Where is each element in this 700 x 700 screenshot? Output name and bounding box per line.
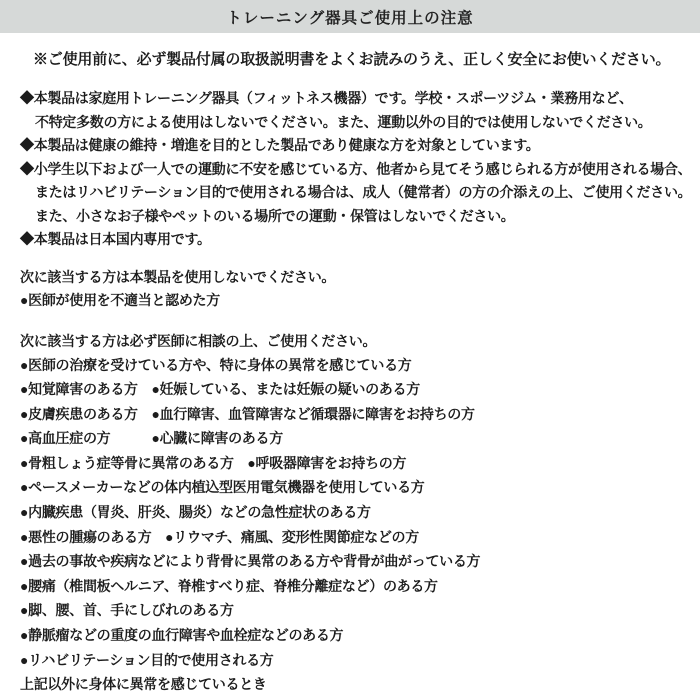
condition-item: ●ペースメーカーなどの体内植込型医用電気機器を使用している方 (20, 475, 692, 500)
condition-item: ●医師が使用を不適当と認めた方 (20, 289, 692, 313)
condition-item: ●高血圧症の方 ●心臓に障害のある方 (20, 426, 692, 451)
precaution-line: ◆本製品は健康の維持・増進を目的とした製品であり健康な方を対象としています。 (20, 134, 692, 158)
precaution-line: また、小さなお子様やペットのいる場所での運動・保管はしないでください。 (20, 205, 692, 229)
condition-item: ●リハビリテーション目的で使用される方 (20, 648, 692, 673)
consult-doctor-section: 次に該当する方は必ず医師に相談の上、ご使用ください。 ●医師の治療を受けている方… (20, 329, 692, 697)
do-not-use-heading: 次に該当する方は本製品を使用しないでください。 (20, 266, 692, 290)
precaution-line: ◆本製品は家庭用トレーニング器具（フィットネス機器）です。学校・スポーツジム・業… (20, 87, 692, 111)
condition-item: ●骨粗しょう症等骨に異常のある方 ●呼吸器障害をお持ちの方 (20, 451, 692, 476)
precaution-line: またはリハビリテーション目的で使用される場合は、成人（健常者）の方の介添えの上、… (20, 181, 692, 205)
caution-content: ※ご使用前に、必ず製品付属の取扱説明書をよくお読みのうえ、正しく安全にお使いくだ… (0, 49, 700, 697)
condition-item: ●内臓疾患（胃炎、肝炎、腸炎）などの急性症状のある方 (20, 500, 692, 525)
condition-item: ●静脈瘤などの重度の血行障害や血栓症などのある方 (20, 623, 692, 648)
precaution-line: 不特定多数の方による使用はしないでください。また、運動以外の目的では使用しないで… (20, 111, 692, 135)
other-abnormality-note: 上記以外に身体に異常を感じているとき (20, 672, 692, 697)
precaution-line: ◆本製品は日本国内専用です。 (20, 228, 692, 252)
condition-item: ●過去の事故や疾病などにより背骨に異常のある方や背骨が曲がっている方 (20, 549, 692, 574)
page-title: トレーニング器具ご使用上の注意 (226, 6, 473, 28)
condition-item: ●医師の治療を受けている方や、特に身体の異常を感じている方 (20, 353, 692, 378)
usage-notice: ※ご使用前に、必ず製品付属の取扱説明書をよくお読みのうえ、正しく安全にお使いくだ… (33, 49, 692, 71)
consult-doctor-heading: 次に該当する方は必ず医師に相談の上、ご使用ください。 (20, 329, 692, 353)
caution-sheet: トレーニング器具ご使用上の注意 ※ご使用前に、必ず製品付属の取扱説明書をよくお読… (0, 0, 700, 700)
precaution-line: ◆小学生以下および一人での運動に不安を感じている方、他者から見てそう感じられる方… (20, 158, 692, 182)
condition-item: ●脚、腰、首、手にしびれのある方 (20, 598, 692, 623)
condition-item: ●悪性の腫瘍のある方 ●リウマチ、痛風、変形性関節症などの方 (20, 525, 692, 550)
condition-item: ●知覚障害のある方 ●妊娠している、または妊娠の疑いのある方 (20, 377, 692, 402)
condition-item: ●腰痛（椎間板ヘルニア、脊椎すべり症、脊椎分離症など）のある方 (20, 574, 692, 599)
do-not-use-section: 次に該当する方は本製品を使用しないでください。 ●医師が使用を不適当と認めた方 (20, 266, 692, 313)
condition-item: ●皮膚疾患のある方 ●血行障害、血管障害など循環器に障害をお持ちの方 (20, 402, 692, 427)
general-precautions-section: ◆本製品は家庭用トレーニング器具（フィットネス機器）です。学校・スポーツジム・業… (20, 87, 692, 252)
title-bar: トレーニング器具ご使用上の注意 (0, 0, 700, 33)
